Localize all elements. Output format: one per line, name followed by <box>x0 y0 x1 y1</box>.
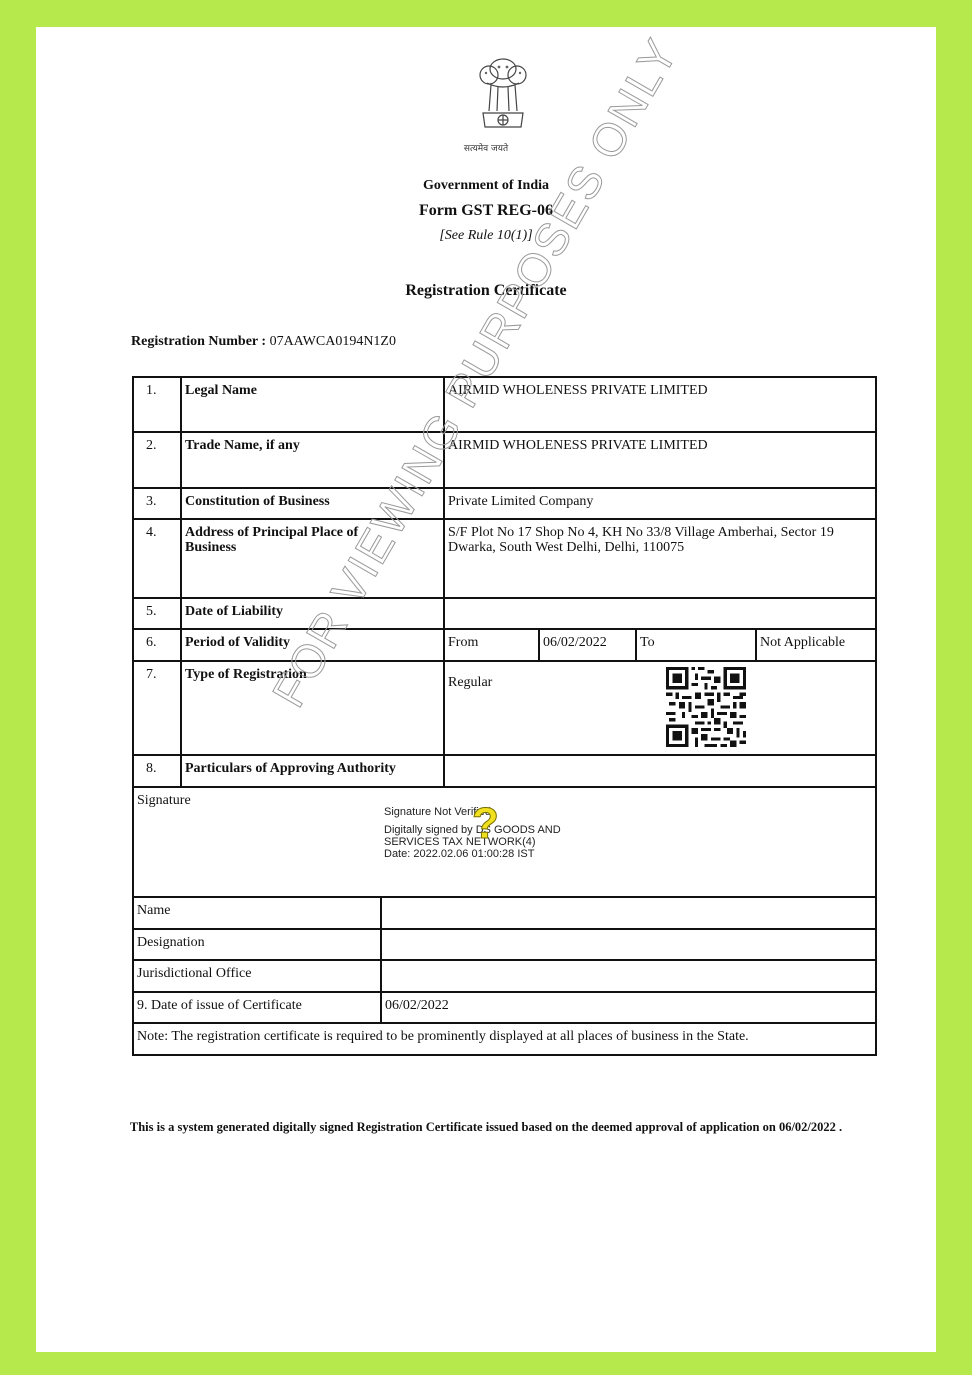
address-label: Address of Principal Place of Business <box>182 520 402 555</box>
signature-label: Signature <box>134 788 334 808</box>
issue-date-label: 9. Date of issue of Certificate <box>134 993 380 1013</box>
jurisdictional-office-label: Jurisdictional Office <box>134 961 380 981</box>
date-of-liability-value <box>445 599 875 604</box>
signature-date: Date: 2022.02.06 01:00:28 IST <box>384 848 561 860</box>
designation-label: Designation <box>134 930 380 950</box>
validity-label: Period of Validity <box>182 630 442 650</box>
row-number: 2. <box>134 433 180 453</box>
registration-number-value: 07AAWCA0194N1Z0 <box>270 334 396 349</box>
display-note: Note: The registration certificate is re… <box>134 1024 874 1044</box>
date-of-liability-label: Date of Liability <box>182 599 442 619</box>
row-number: 6. <box>134 630 180 650</box>
row-number: 7. <box>134 662 180 682</box>
certificate-title: Registration Certificate <box>36 282 936 300</box>
trade-name-value: AIRMID WHOLENESS PRIVATE LIMITED <box>445 433 875 453</box>
registration-type-label: Type of Registration <box>182 662 442 682</box>
row-number: 5. <box>134 599 180 619</box>
approving-authority-label: Particulars of Approving Authority <box>182 756 444 776</box>
certificate-page: सत्यमेव जयते Government of India Form GS… <box>36 27 936 1352</box>
name-value <box>382 898 874 903</box>
validity-from-label: From <box>445 630 538 650</box>
form-title: Form GST REG-06 <box>36 202 936 220</box>
row-number: 8. <box>134 756 180 776</box>
rule-reference: [See Rule 10(1)] <box>36 228 936 244</box>
address-value: S/F Plot No 17 Shop No 4, KH No 33/8 Vil… <box>445 520 875 555</box>
emblem-motto: सत्यमेव जयते <box>36 141 936 154</box>
jurisdictional-office-value <box>382 961 874 966</box>
system-generated-footer: This is a system generated digitally sig… <box>36 1120 936 1135</box>
approving-authority-value <box>445 756 875 761</box>
question-mark-icon: ? <box>472 802 499 846</box>
legal-name-value: AIRMID WHOLENESS PRIVATE LIMITED <box>445 378 875 398</box>
registration-number-label: Registration Number : <box>131 334 266 349</box>
trade-name-label: Trade Name, if any <box>182 433 442 453</box>
validity-from-value: 06/02/2022 <box>540 630 635 650</box>
constitution-label: Constitution of Business <box>182 489 442 509</box>
row-number: 4. <box>134 520 180 540</box>
qr-code-icon <box>666 667 746 747</box>
row-number: 3. <box>134 489 180 509</box>
validity-to-value: Not Applicable <box>757 630 875 650</box>
registration-number: Registration Number : 07AAWCA0194N1Z0 <box>131 334 396 350</box>
legal-name-label: Legal Name <box>182 378 442 398</box>
name-label: Name <box>134 898 380 918</box>
national-emblem-icon <box>473 55 533 139</box>
registration-type-value: Regular <box>445 670 645 690</box>
government-heading: Government of India <box>36 178 936 194</box>
constitution-value: Private Limited Company <box>445 489 875 509</box>
issue-date-value: 06/02/2022 <box>382 993 874 1013</box>
validity-to-label: To <box>637 630 755 650</box>
row-number: 1. <box>134 378 180 398</box>
designation-value <box>382 930 874 935</box>
